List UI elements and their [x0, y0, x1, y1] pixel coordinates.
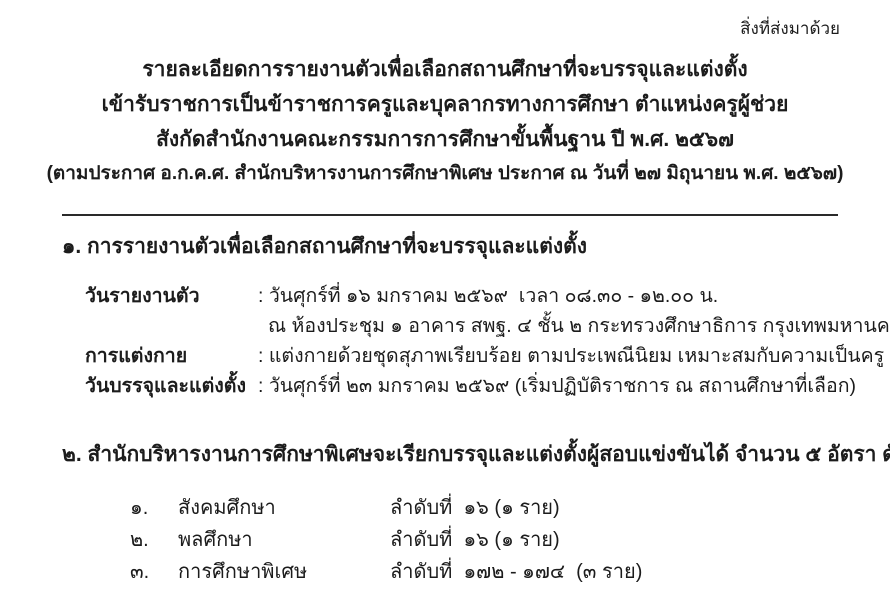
vacancy-row-social-studies: ๑. สังคมศึกษา ลำดับที่ ๑๖ (๑ ราย)	[130, 492, 830, 524]
report-date-location: ณ ห้องประชุม ๑ อาคาร สพฐ. ๔ ชั้น ๒ กระทร…	[268, 311, 855, 341]
horizontal-divider	[62, 214, 838, 216]
info-row-appointment-date: วันบรรจุและแต่งตั้ง : วันศุกร์ที่ ๒๓ มกร…	[85, 371, 855, 401]
section-2-heading: ๒. สำนักบริหารงานการศึกษาพิเศษจะเรียกบรร…	[62, 438, 890, 471]
appointment-date-value: : วันศุกร์ที่ ๒๓ มกราคม ๒๕๖๙ (เริ่มปฏิบั…	[258, 371, 856, 401]
title-line-1: รายละเอียดการรายงานตัวเพื่อเลือกสถานศึกษ…	[0, 52, 890, 87]
dress-code-label: การแต่งกาย	[85, 341, 258, 371]
document-title-block: รายละเอียดการรายงานตัวเพื่อเลือกสถานศึกษ…	[0, 52, 890, 191]
vacancy-subject: การศึกษาพิเศษ	[178, 556, 390, 588]
info-row-dress-code: การแต่งกาย : แต่งกายด้วยชุดสุภาพเรียบร้อ…	[85, 341, 855, 371]
vacancy-rank: ลำดับที่ ๑๗๒ - ๑๗๔ (๓ ราย)	[390, 556, 830, 588]
document-page: สิ่งที่ส่งมาด้วย รายละเอียดการรายงานตัวเ…	[0, 0, 890, 600]
dress-code-value: : แต่งกายด้วยชุดสุภาพเรียบร้อย ตามประเพณ…	[258, 341, 884, 371]
vacancy-list: ๑. สังคมศึกษา ลำดับที่ ๑๖ (๑ ราย) ๒. พลศ…	[130, 492, 830, 588]
appointment-date-label: วันบรรจุและแต่งตั้ง	[85, 371, 258, 401]
info-row-report-date: วันรายงานตัว : วันศุกร์ที่ ๑๖ มกราคม ๒๕๖…	[85, 281, 855, 311]
title-line-4-announcement-reference: (ตามประกาศ อ.ก.ค.ศ. สำนักบริหารงานการศึก…	[0, 157, 890, 191]
report-date-value: : วันศุกร์ที่ ๑๖ มกราคม ๒๕๖๙ เวลา ๐๘.๓๐ …	[258, 281, 718, 311]
section-1-details: วันรายงานตัว : วันศุกร์ที่ ๑๖ มกราคม ๒๕๖…	[85, 281, 855, 401]
report-date-label: วันรายงานตัว	[85, 281, 258, 311]
vacancy-subject: พลศึกษา	[178, 524, 390, 556]
vacancy-number: ๒.	[130, 524, 178, 556]
vacancy-subject: สังคมศึกษา	[178, 492, 390, 524]
attachment-note: สิ่งที่ส่งมาด้วย	[740, 16, 840, 42]
vacancy-rank: ลำดับที่ ๑๖ (๑ ราย)	[390, 492, 830, 524]
title-line-3: สังกัดสำนักงานคณะกรรมการการศึกษาขั้นพื้น…	[0, 122, 890, 157]
vacancy-number: ๓.	[130, 556, 178, 588]
section-1-heading: ๑. การรายงานตัวเพื่อเลือกสถานศึกษาที่จะบ…	[62, 230, 587, 263]
vacancy-rank: ลำดับที่ ๑๖ (๑ ราย)	[390, 524, 830, 556]
title-line-2: เข้ารับราชการเป็นข้าราชการครูและบุคลากรท…	[0, 87, 890, 122]
vacancy-row-special-education: ๓. การศึกษาพิเศษ ลำดับที่ ๑๗๒ - ๑๗๔ (๓ ร…	[130, 556, 830, 588]
vacancy-number: ๑.	[130, 492, 178, 524]
vacancy-row-physical-education: ๒. พลศึกษา ลำดับที่ ๑๖ (๑ ราย)	[130, 524, 830, 556]
